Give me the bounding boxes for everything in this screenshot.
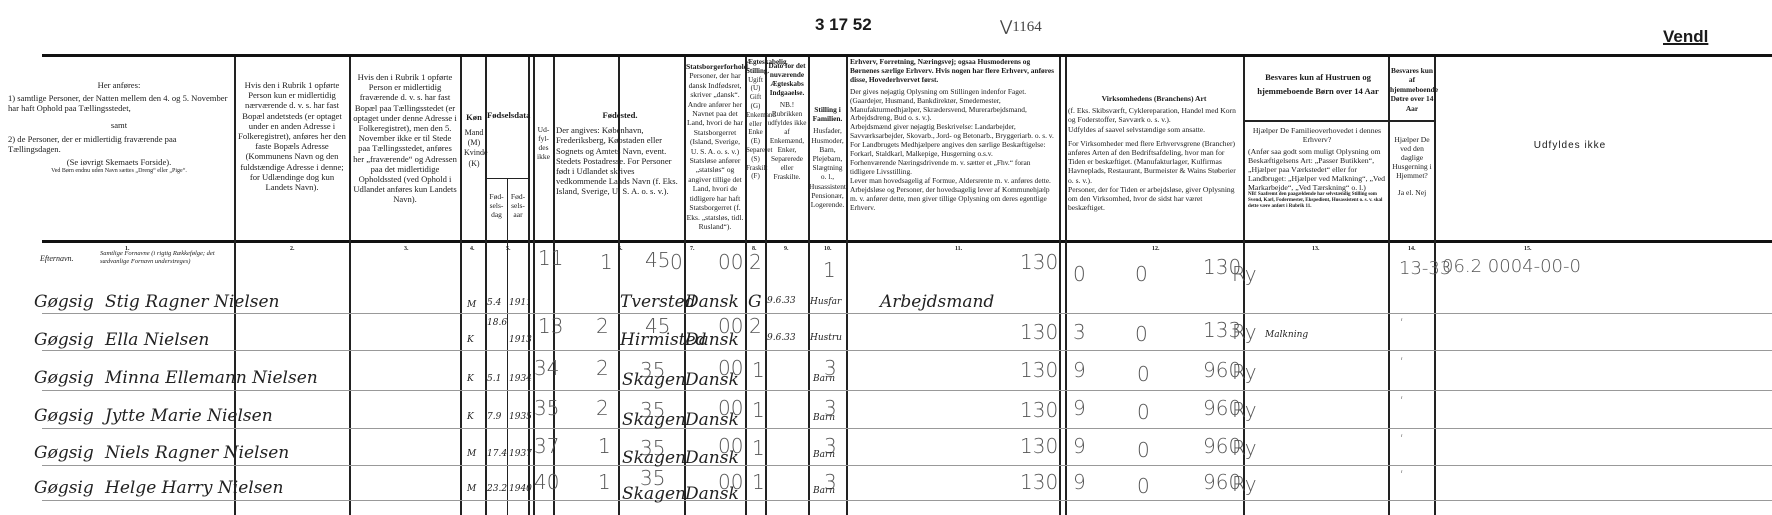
housework-answer: ‘ — [1400, 468, 1404, 482]
sheet-number: ⋁1164 — [1000, 17, 1042, 36]
col10-text: Husfader, Husmoder, Barn, Plejebarn, Slæ… — [809, 126, 846, 209]
occupation-code: 130 — [1020, 398, 1058, 422]
column-7-header: Statsborgerforhold. Personer, der har da… — [686, 62, 744, 231]
turn-over-label: Vendl — [1663, 27, 1708, 47]
given-names-subheader: Samtlige Fornavne (i rigtig Rækkefølge; … — [100, 250, 230, 266]
col7-title: Statsborgerforhold. — [686, 62, 744, 71]
housework-answer: ‘ — [1400, 394, 1404, 408]
marital-status: G — [748, 292, 762, 312]
column-14-title: Besvares kun af hjemmeboende Døtre over … — [1390, 66, 1434, 113]
col8-title: Ægteskabelig Stilling. — [746, 58, 765, 76]
col-num-4: 4. — [470, 246, 475, 252]
col-num-6: 6. — [618, 246, 623, 252]
col1-note: (Se iøvrigt Skemaets Forside). — [8, 157, 230, 167]
col12-p1: (f. Eks. Skibsværft, Cyklereparation, Ha… — [1068, 106, 1240, 124]
industry-code-b: 0 — [1135, 322, 1148, 346]
family-position: Hustru — [810, 333, 842, 343]
sex: K — [467, 335, 474, 345]
family-position: Barn — [813, 450, 835, 460]
sex: M — [467, 300, 476, 310]
surname: Gøgsig — [34, 443, 94, 463]
col-num-7: 7. — [690, 246, 695, 252]
column-5-title: Fødselsdata — [487, 110, 527, 120]
col-num-9: 9. — [784, 246, 789, 252]
housework-answer: ‘ — [1400, 432, 1404, 446]
col11-p4: For Landbrugets Medhjælpere angives den … — [850, 141, 1056, 159]
marital-code: 2 — [749, 314, 762, 338]
marriage-date: 9.6.33 — [767, 333, 796, 343]
col9-text: NB.! Rubrikken udfyldes ikke af Enkemænd… — [767, 101, 807, 182]
marital-code: 2 — [749, 250, 762, 274]
col11-p2: Der gives nøjagtig Oplysning om Stilling… — [850, 88, 1056, 124]
col1-title: Her anføres: — [8, 80, 230, 90]
column-13-header: Hjælper De Familieoverhovedet i dennes E… — [1248, 126, 1386, 210]
birthplace: Skagen — [622, 370, 686, 390]
marital-code: 1 — [752, 398, 765, 422]
header-bottom-rule — [42, 240, 1772, 243]
family-code: 1 — [823, 258, 836, 282]
col12-p2: Udfyldes af saavel selvstændige som ansa… — [1068, 125, 1240, 134]
column-4-title: Køn — [464, 112, 484, 122]
occupation-code: 130 — [1020, 434, 1058, 458]
sex: M — [467, 484, 476, 494]
birthplace-code: 2 — [596, 356, 609, 380]
birth-day: 5.4 — [487, 298, 501, 308]
citizenship: Dansk — [685, 292, 739, 312]
housework-answer: ‘ — [1400, 316, 1404, 330]
industry-code-b: 0 — [1137, 400, 1150, 424]
column-13-title: Besvares kun af Hustruen og hjemmeboende… — [1250, 70, 1386, 98]
helps-family-head: Malkning — [1265, 330, 1308, 340]
surname: Gøgsig — [34, 478, 94, 498]
surname-subheader: Efternavn. — [40, 254, 74, 263]
marital-code: 1 — [752, 470, 765, 494]
birth-day: 18.6 — [487, 318, 507, 328]
birthplace: Skagen — [622, 448, 686, 468]
birth-day: 17.4 — [487, 449, 507, 459]
occupation-code: 130 — [1020, 470, 1058, 494]
column-9-header: Dato for det nuværende Ægteskabs Indgaae… — [767, 62, 807, 182]
industry-code-b: 0 — [1137, 438, 1150, 462]
col11-p7: Arbejdsløse og Personer, der hovedsageli… — [850, 186, 1056, 213]
citizenship-code-2: 00 — [718, 356, 743, 380]
col-num-5: 5. — [506, 246, 511, 252]
given-names: Helge Harry Nielsen — [105, 478, 283, 498]
marital-code: 1 — [752, 358, 765, 382]
occupation-code: 130 — [1020, 250, 1058, 274]
birth-day: 5.1 — [487, 374, 501, 384]
industry-code-a: 9 — [1073, 470, 1086, 494]
col13-question: Hjælper De Familieoverhovedet i dennes E… — [1248, 126, 1386, 144]
birthplace-code: 1 — [600, 250, 613, 274]
column-udfyldes-ikke: Ud-fyl-des ikke — [534, 125, 553, 161]
birth-day: 23.2 — [487, 484, 507, 494]
col8-text: Ugift (U) Gift (G) Enkemand eller Enke (… — [746, 76, 765, 182]
office-code: 06.2 0004-00-0 — [1442, 256, 1581, 277]
citizenship-code-2: 00 — [718, 396, 743, 420]
col12-p4: Personer, der for Tiden er arbejdsløse, … — [1068, 185, 1240, 213]
column-10-header: Stilling i Familien. Husfader, Husmoder,… — [809, 105, 846, 209]
marital-code: 1 — [752, 436, 765, 460]
column-6-header: Fødested. Der angives: København, Freder… — [556, 110, 684, 197]
birth-year: 1911 — [509, 298, 532, 308]
birth-year: 1935 — [509, 412, 532, 422]
birthplace: Skagen — [622, 484, 686, 504]
col12-title: Virksomhedens (Branchens) Art — [1068, 94, 1240, 103]
marriage-date: 9.6.33 — [767, 296, 796, 306]
col6-text: Der angives: København, Frederiksberg, K… — [556, 125, 684, 196]
industry-code-d: Ry — [1232, 398, 1257, 422]
col1-item1: 1) samtlige Personer, der Natten mellem … — [8, 93, 230, 113]
col-num-13: 13. — [1312, 246, 1320, 252]
industry-code-b: 0 — [1137, 474, 1150, 498]
code-udfyldes: 13 — [538, 314, 563, 338]
birth-year: 1937 — [509, 449, 532, 459]
column-12-header: Virksomhedens (Branchens) Art (f. Eks. S… — [1068, 94, 1240, 212]
col14-answer: Ja el. Nej — [1390, 188, 1434, 197]
given-names: Niels Ragner Nielsen — [105, 443, 289, 463]
industry-code-b: 0 — [1137, 362, 1150, 386]
stamp-number: 3 17 52 — [815, 15, 872, 35]
industry-code-a: 3 — [1073, 320, 1086, 344]
code-udfyldes: 11 — [538, 246, 563, 270]
col1-samt: samt — [8, 120, 230, 130]
surname: Gøgsig — [34, 292, 94, 312]
surname: Gøgsig — [34, 368, 94, 388]
given-names: Stig Ragner Nielsen — [105, 292, 280, 312]
birthplace-code: 2 — [596, 396, 609, 420]
citizenship-code: 0 — [670, 250, 683, 274]
industry-code-d: Ry — [1232, 436, 1257, 460]
industry-code-d: Ry — [1232, 360, 1257, 384]
col9-title: Dato for det nuværende Ægteskabs Indgaae… — [767, 62, 807, 98]
col1-note-small: Ved Børn endnu uden Navn sættes „Dreng“ … — [8, 167, 230, 175]
occupation-code: 130 — [1020, 358, 1058, 382]
birth-year: 1934 — [509, 374, 532, 384]
col13-nb: NB! Saafremt den paagældende har selvstæ… — [1248, 192, 1386, 210]
sex: K — [467, 374, 474, 384]
col14-question: Hjælper De ved den daglige Husgerning i … — [1390, 135, 1434, 180]
birth-year: 1940 — [509, 484, 532, 494]
industry-code-d: Ry — [1232, 472, 1257, 496]
col11-p3: Arbejdsmænd giver nøjagtig Beskrivelse: … — [850, 123, 1056, 141]
birth-day-header: Fød-sels-dag — [486, 192, 507, 219]
col-num-11: 11. — [955, 246, 962, 252]
birth-year: 1913 — [509, 335, 532, 345]
column-1-header: Her anføres: 1) samtlige Personer, der N… — [8, 80, 230, 175]
column-11-header: Erhverv, Forretning, Næringsvej; ogsaa H… — [850, 58, 1056, 212]
sex: M — [467, 449, 476, 459]
col1-item2: 2) de Personer, der er midlertidig fravæ… — [8, 134, 230, 154]
industry-code-a: 9 — [1073, 396, 1086, 420]
column-4-header: Mand (M) Kvinde (K) — [464, 128, 484, 169]
col7-text: Personer, der har dansk Indfødsret, skri… — [686, 71, 744, 231]
industry-code-a: 0 — [1073, 262, 1086, 286]
occupation: Arbejdsmand — [880, 292, 994, 312]
industry-code-d: Ry — [1232, 262, 1257, 286]
col-num-12: 12. — [1152, 246, 1160, 252]
citizenship-code-2: 00 — [718, 314, 743, 338]
column-2-header: Hvis den i Rubrik 1 opførte Person kun e… — [238, 80, 346, 192]
industry-code-b: 0 — [1135, 262, 1148, 286]
occupation-code: 130 — [1020, 320, 1058, 344]
column-14-header: Hjælper De ved den daglige Husgerning i … — [1390, 135, 1434, 197]
col11-p1: Erhverv, Forretning, Næringsvej; ogsaa H… — [850, 58, 1056, 85]
code-udfyldes: 35 — [534, 396, 559, 420]
given-names: Ella Nielsen — [105, 330, 209, 350]
industry-code-a: 9 — [1073, 358, 1086, 382]
surname: Gøgsig — [34, 330, 94, 350]
birth-day: 7.9 — [487, 412, 501, 422]
birthplace-code: 1 — [598, 434, 611, 458]
surname: Gøgsig — [34, 406, 94, 426]
birth-year-header: Fød-sels-aar — [508, 192, 528, 219]
code-udfyldes: 34 — [534, 356, 559, 380]
birthplace-code-2: 45 — [645, 248, 670, 272]
col12-p3: For Virksomheder med flere Erhvervsgrene… — [1068, 139, 1240, 185]
col6-title: Fødested. — [556, 110, 684, 120]
family-position: Husfar — [810, 297, 841, 307]
citizenship-code-2: 00 — [718, 470, 743, 494]
col-num-15: 15. — [1524, 246, 1532, 252]
col-num-2: 2. — [290, 246, 295, 252]
column-3-header: Hvis den i Rubrik 1 opførte Person er mi… — [353, 72, 457, 205]
col-num-3: 3. — [404, 246, 409, 252]
citizenship-code-2: 00 — [718, 434, 743, 458]
family-position: Barn — [813, 413, 835, 423]
column-15-title: Udfyldes ikke — [1440, 141, 1700, 151]
citizenship-code-2: 00 — [718, 250, 743, 274]
birthplace: Skagen — [622, 410, 686, 430]
industry-code-a: 9 — [1073, 434, 1086, 458]
sex: K — [467, 412, 474, 422]
col-num-14: 14. — [1408, 246, 1416, 252]
col13-text: (Anfør saa godt som muligt Oplysning om … — [1248, 147, 1386, 192]
column-8-header: Ægteskabelig Stilling. Ugift (U) Gift (G… — [746, 58, 765, 181]
col-num-10: 10. — [824, 246, 832, 252]
given-names: Jytte Marie Nielsen — [105, 406, 273, 426]
col11-p5: Forhenværende Næringsdrivende m. v. sætt… — [850, 159, 1056, 177]
code-udfyldes: 40 — [534, 470, 559, 494]
birthplace-code: 2 — [596, 314, 609, 338]
code-udfyldes: 37 — [534, 434, 559, 458]
family-position: Barn — [813, 486, 835, 496]
birthplace-code: 1 — [598, 470, 611, 494]
col10-title: Stilling i Familien. — [809, 105, 846, 123]
housework-answer: ‘ — [1400, 355, 1404, 369]
family-position: Barn — [813, 374, 835, 384]
industry-code-d: Ry — [1232, 320, 1257, 344]
given-names: Minna Ellemann Nielsen — [105, 368, 318, 388]
